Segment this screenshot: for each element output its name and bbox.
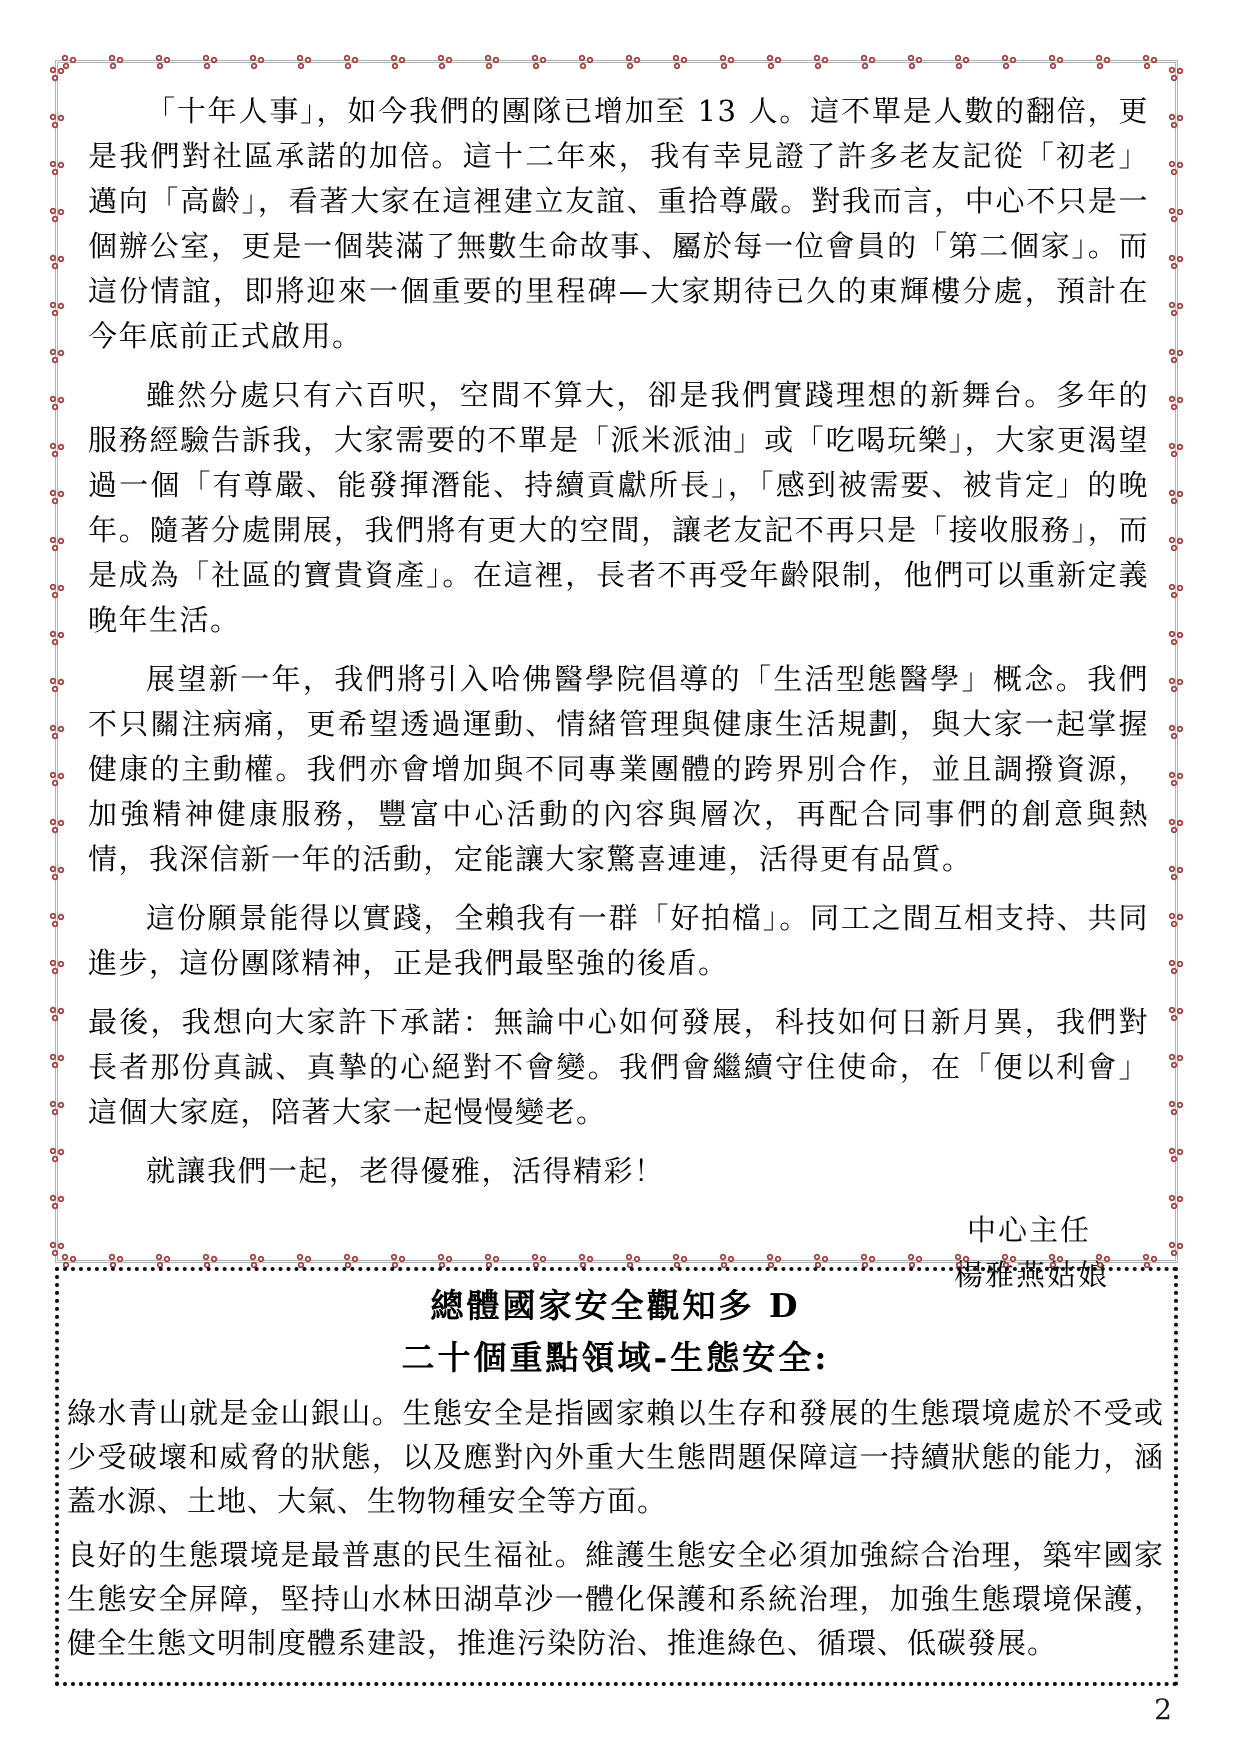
letter-closing-line: 就讓我們一起，老得優雅，活得精彩！ — [88, 1149, 1149, 1194]
signature-title: 中心主任 — [88, 1208, 1149, 1253]
letter-paragraph: 「十年人事」，如今我們的團隊已增加至 13 人。這不單是人數的翻倍，更是我們對社… — [88, 89, 1149, 359]
letter-paragraph: 展望新一年，我們將引入哈佛醫學院倡導的「生活型態醫學」概念。我們不只關注病痛，更… — [88, 657, 1149, 882]
floral-border-left-icon — [48, 60, 66, 1263]
floral-border-right-icon — [1167, 60, 1185, 1263]
letter-paragraph: 最後，我想向大家許下承諾：無論中心如何發展，科技如何日新月異，我們對長者那份真誠… — [88, 1000, 1149, 1135]
security-box-subtitle: 二十個重點領域-生態安全: — [67, 1337, 1164, 1379]
document-page: 「十年人事」，如今我們的團隊已增加至 13 人。這不單是人數的翻倍，更是我們對社… — [0, 0, 1240, 1754]
security-paragraph: 綠水青山就是金山銀山。生態安全是指國家賴以生存和發展的生態環境處於不受或少受破壞… — [67, 1391, 1164, 1523]
floral-border-top-icon — [55, 53, 1178, 71]
letter-paragraph: 雖然分處只有六百呎，空間不算大，卻是我們實踐理想的新舞台。多年的服務經驗告訴我，… — [88, 373, 1149, 643]
security-box-title: 總體國家安全觀知多 D — [67, 1285, 1164, 1327]
national-security-box: 總體國家安全觀知多 D 二十個重點領域-生態安全: 綠水青山就是金山銀山。生態安… — [55, 1267, 1178, 1686]
director-letter-box: 「十年人事」，如今我們的團隊已增加至 13 人。這不單是人數的翻倍，更是我們對社… — [55, 60, 1178, 1263]
security-paragraph: 良好的生態環境是最普惠的民生福祉。維護生態安全必須加強綜合治理，築牢國家生態安全… — [67, 1533, 1164, 1665]
page-number: 2 — [1154, 1694, 1172, 1726]
letter-paragraph: 這份願景能得以實踐，全賴我有一群「好拍檔」。同工之間互相支持、共同進步，這份團隊… — [88, 896, 1149, 986]
